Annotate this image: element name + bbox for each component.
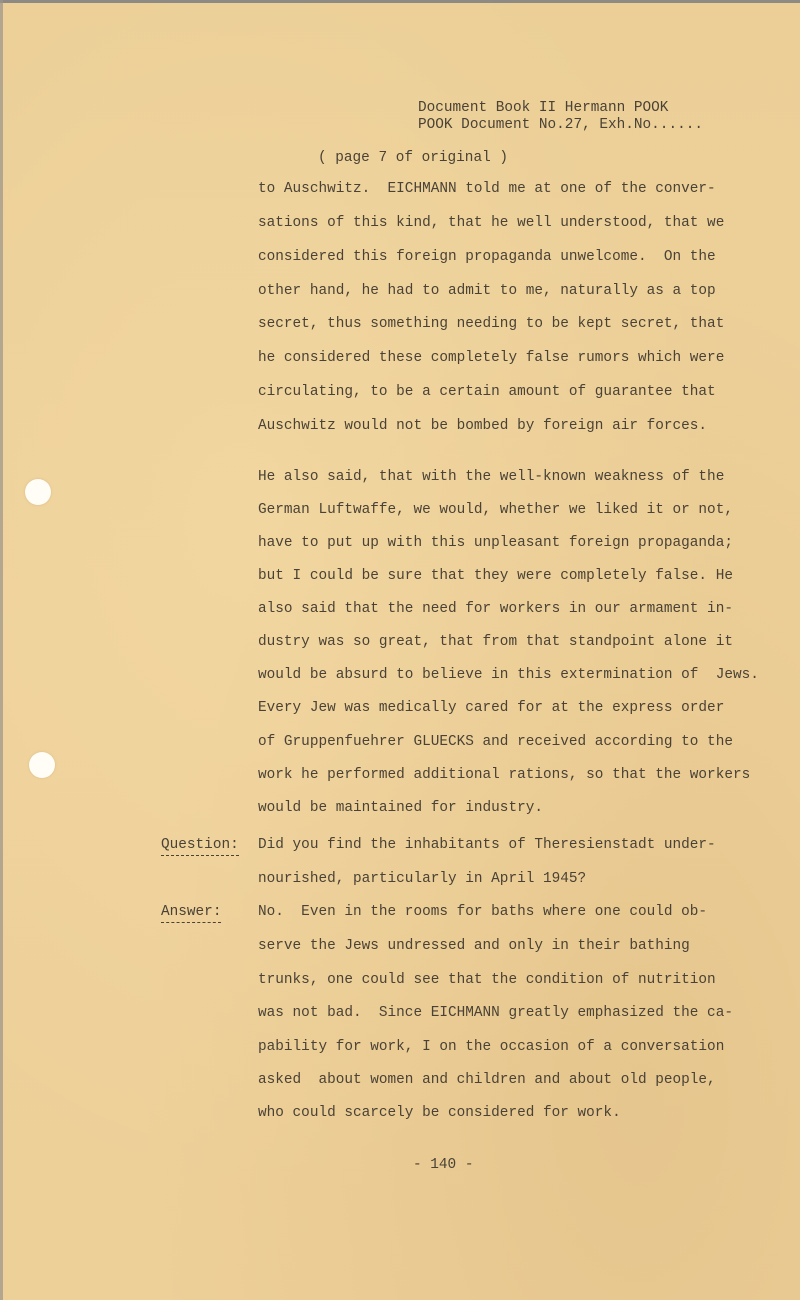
- scan-top-edge: [0, 0, 800, 3]
- body-line: to Auschwitz. EICHMANN told me at one of…: [258, 182, 716, 196]
- answer-label-text: Answer:: [161, 904, 221, 923]
- body-line: would be absurd to believe in this exter…: [258, 668, 759, 682]
- answer-line: who could scarcely be considered for wor…: [258, 1106, 621, 1120]
- body-line: other hand, he had to admit to me, natur…: [258, 284, 716, 298]
- body-line: circulating, to be a certain amount of g…: [258, 385, 716, 399]
- document-header-line-1: Document Book II Hermann POOK: [418, 101, 668, 115]
- body-line: work he performed additional rations, so…: [258, 768, 750, 782]
- body-line: also said that the need for workers in o…: [258, 602, 733, 616]
- body-line: He also said, that with the well-known w…: [258, 470, 724, 484]
- question-label-text: Question:: [161, 837, 239, 856]
- body-line: German Luftwaffe, we would, whether we l…: [258, 503, 733, 517]
- question-label: Question:: [161, 838, 239, 852]
- punch-hole-icon: [25, 479, 51, 505]
- document-page: Document Book II Hermann POOK POOK Docum…: [0, 0, 800, 1300]
- body-line: dustry was so great, that from that stan…: [258, 635, 733, 649]
- answer-line: was not bad. Since EICHMANN greatly emph…: [258, 1006, 733, 1020]
- body-line: have to put up with this unpleasant fore…: [258, 536, 733, 550]
- document-header-line-2: POOK Document No.27, Exh.No......: [418, 118, 703, 132]
- body-line: he considered these completely false rum…: [258, 351, 724, 365]
- page-number: - 140 -: [413, 1158, 473, 1172]
- body-line: secret, thus something needing to be kep…: [258, 317, 724, 331]
- answer-line: pability for work, I on the occasion of …: [258, 1040, 724, 1054]
- body-line: of Gruppenfuehrer GLUECKS and received a…: [258, 735, 733, 749]
- answer-label: Answer:: [161, 905, 221, 919]
- body-line: sations of this kind, that he well under…: [258, 216, 724, 230]
- question-line: Did you find the inhabitants of Theresie…: [258, 838, 716, 852]
- punch-hole-icon: [29, 752, 55, 778]
- body-line: Auschwitz would not be bombed by foreign…: [258, 419, 707, 433]
- original-page-reference: ( page 7 of original ): [318, 151, 508, 165]
- scan-left-edge: [0, 0, 3, 1300]
- answer-line: trunks, one could see that the condition…: [258, 973, 716, 987]
- body-line: considered this foreign propaganda unwel…: [258, 250, 716, 264]
- answer-line: asked about women and children and about…: [258, 1073, 716, 1087]
- answer-line: No. Even in the rooms for baths where on…: [258, 905, 707, 919]
- body-line: but I could be sure that they were compl…: [258, 569, 733, 583]
- body-line: Every Jew was medically cared for at the…: [258, 701, 724, 715]
- answer-line: serve the Jews undressed and only in the…: [258, 939, 690, 953]
- question-line: nourished, particularly in April 1945?: [258, 872, 586, 886]
- body-line: would be maintained for industry.: [258, 801, 543, 815]
